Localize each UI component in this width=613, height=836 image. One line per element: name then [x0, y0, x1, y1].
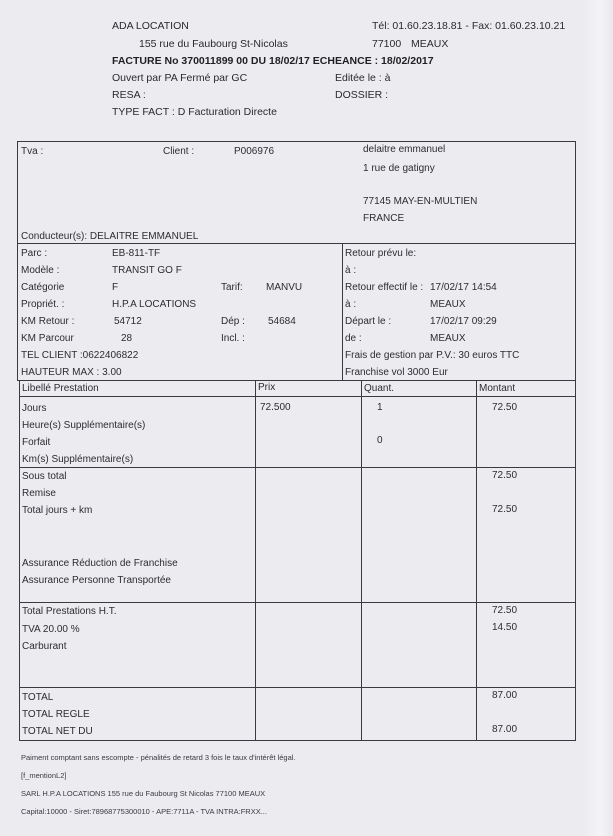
row-label: Km(s) Supplémentaire(s)	[22, 454, 133, 465]
row-label: Heure(s) Supplémentaire(s)	[22, 420, 145, 431]
section-separator-1	[20, 467, 576, 468]
row-label: TOTAL REGLE	[22, 709, 90, 720]
resa: RESA :	[112, 89, 146, 101]
tva-label: Tva :	[21, 146, 43, 157]
section-separator-2	[20, 602, 576, 603]
row-label: Assurance Réduction de Franchise	[22, 558, 178, 569]
col-header-quant: Quant.	[364, 383, 394, 394]
frais-gestion: Frais de gestion par P.V.: 30 euros TTC	[345, 350, 519, 361]
row-montant: 72.50	[492, 470, 517, 481]
payment-terms: Paiment comptant sans escompte - pénalit…	[21, 753, 296, 762]
client-country: FRANCE	[363, 213, 404, 224]
tarif-label: Tarif:	[221, 282, 243, 293]
retour-effectif-value: 17/02/17 14:54	[430, 282, 497, 293]
row-label: Assurance Personne Transportée	[22, 575, 171, 586]
row-montant: 72.50	[492, 504, 517, 515]
client-id: P006976	[234, 146, 274, 157]
prestations-table: Libellé Prestation Prix Quant. Montant J…	[19, 380, 576, 741]
modele-value: TRANSIT GO F	[112, 265, 182, 276]
categorie-value: F	[112, 282, 118, 293]
km-parcour-label: KM Parcour	[21, 333, 74, 344]
propriet-value: H.P.A LOCATIONS	[112, 299, 196, 310]
invoice-type: TYPE FACT : D Facturation Directe	[112, 106, 277, 118]
row-label: Remise	[22, 488, 56, 499]
col-header-libelle: Libellé Prestation	[22, 383, 99, 394]
depart-lieu-label: de :	[345, 333, 362, 344]
hauteur-max: HAUTEUR MAX : 3.00	[21, 367, 122, 378]
row-label: Total jours + km	[22, 505, 92, 516]
row-label: Forfait	[22, 437, 50, 448]
page-edge-shadow	[583, 0, 613, 836]
retour-effectif-label: Retour effectif le :	[345, 282, 423, 293]
incl-label: Incl. :	[221, 333, 245, 344]
tel-client: TEL CLIENT :0622406822	[21, 350, 138, 361]
postcode: 77100	[372, 38, 401, 50]
row-label: Jours	[22, 403, 46, 414]
invoice-number-line: FACTURE No 370011899 00 DU 18/02/17 ECHE…	[112, 55, 434, 67]
row-prix: 72.500	[260, 402, 291, 413]
dossier: DOSSIER :	[335, 89, 388, 101]
section-separator-3	[20, 687, 576, 688]
dep-value: 54684	[268, 316, 296, 327]
depart-label: Départ le :	[345, 316, 391, 327]
depart-lieu-value: MEAUX	[430, 333, 466, 344]
depart-value: 17/02/17 09:29	[430, 316, 497, 327]
row-montant: 14.50	[492, 622, 517, 633]
row-montant: 87.00	[492, 724, 517, 735]
client-city: 77145 MAY-EN-MULTIEN	[363, 196, 477, 207]
categorie-label: Catégorie	[21, 282, 64, 293]
franchise-vol: Franchise vol 3000 Eur	[345, 367, 448, 378]
opened-closed-by: Ouvert par PA Fermé par GC	[112, 72, 247, 84]
row-label: Sous total	[22, 471, 66, 482]
col-header-prix: Prix	[258, 382, 275, 393]
edited-on: Editée le : à	[335, 72, 390, 84]
row-label: Total Prestations H.T.	[22, 606, 116, 617]
retour-prevu-lieu: à :	[345, 265, 356, 276]
company-legal-address: SARL H.P.A LOCATIONS 155 rue du Faubourg…	[21, 789, 265, 798]
row-label: TOTAL	[22, 692, 53, 703]
row-montant: 72.50	[492, 402, 517, 413]
row-label: Carburant	[22, 641, 66, 652]
tarif-value: MANVU	[266, 282, 302, 293]
col-header-montant: Montant	[479, 383, 515, 394]
row-montant: 72.50	[492, 605, 517, 616]
city: MEAUX	[411, 38, 448, 50]
driver: Conducteur(s): DELAITRE EMMANUEL	[21, 231, 198, 242]
client-box: Tva : Client : P006976 delaitre emmanuel…	[17, 141, 576, 244]
phone-fax: Tél: 01.60.23.18.81 - Fax: 01.60.23.10.2…	[372, 20, 565, 32]
retour-prevu: Retour prévu le:	[345, 248, 416, 259]
km-parcour-value: 28	[121, 333, 132, 344]
row-montant: 87.00	[492, 690, 517, 701]
modele-label: Modèle :	[21, 265, 59, 276]
vehicle-rental-box: Parc : EB-811-TF Modèle : TRANSIT GO F C…	[17, 243, 576, 381]
mention-placeholder: [f_mentionL2]	[21, 771, 66, 780]
company-name: ADA LOCATION	[112, 20, 189, 32]
km-retour-label: KM Retour :	[21, 316, 74, 327]
parc-value: EB-811-TF	[112, 248, 160, 259]
retour-lieu-value: MEAUX	[430, 299, 466, 310]
parc-label: Parc :	[21, 248, 47, 259]
dep-label: Dép :	[221, 316, 245, 327]
propriet-label: Propriét. :	[21, 299, 64, 310]
client-street: 1 rue de gatigny	[363, 163, 435, 174]
company-legal-ids: Capital:10000 - Siret:78968775300010 - A…	[21, 807, 267, 816]
header-separator	[20, 396, 576, 397]
vehicle-divider	[342, 244, 343, 381]
row-quant: 1	[377, 402, 383, 413]
row-quant: 0	[377, 435, 383, 446]
client-label: Client :	[163, 146, 194, 157]
row-label: TOTAL NET DU	[22, 726, 93, 737]
row-label: TVA 20.00 %	[22, 624, 80, 635]
km-retour-value: 54712	[114, 316, 142, 327]
retour-lieu-label: à :	[345, 299, 356, 310]
client-name: delaitre emmanuel	[363, 144, 445, 155]
company-address: 155 rue du Faubourg St-Nicolas	[139, 38, 288, 50]
